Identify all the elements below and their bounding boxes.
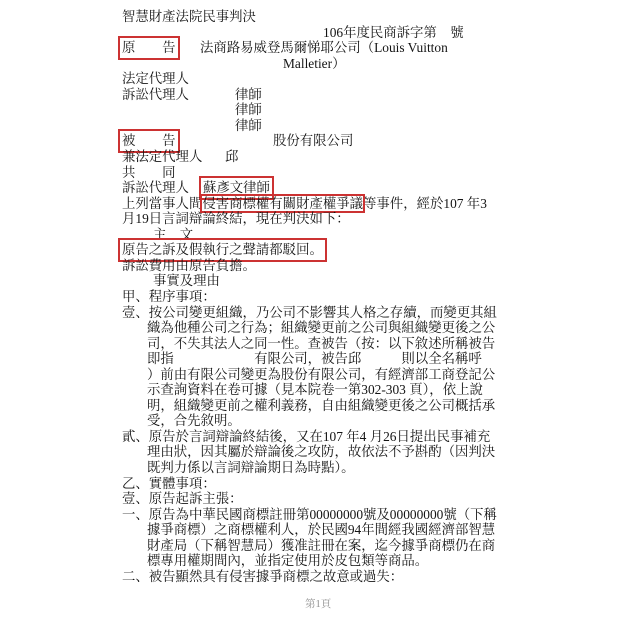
preamble-row-1: 上列當事人間侵害商標權有關財產權爭議等事件，經於107 年3 <box>0 196 620 212</box>
preamble-row-2: 月19日言詞辯論終結，現在判決如下： <box>0 211 620 227</box>
plaintiff-counsel-row-3: 律師 <box>0 118 620 134</box>
ruling-annotation: 原告之訴及假執行之聲請都駁回。 <box>122 242 323 258</box>
body-row: 甲、程序事項： <box>0 289 620 305</box>
defendant-rep-row: 兼法定代理人 邱 <box>0 149 620 165</box>
body-text: 壹、原告起訴主張： <box>122 491 243 507</box>
body-text: 明，組織變更前之權利義務，自由組織變更後之公司概括承 <box>147 398 495 414</box>
body-row: 明，組織變更前之權利義務，自由組織變更後之公司概括承 <box>0 398 620 414</box>
body-row: 財產局（下稱智慧局）獲准註冊在案，迄今據爭商標仍在商 <box>0 538 620 554</box>
page-footer-row: 第1頁 <box>0 597 620 613</box>
body-row: 示查詢資料在卷可據（見本院卷一第302-303 頁），依上說 <box>0 382 620 398</box>
defendant-counsel-name-annotation: 蘇彥文律師 <box>203 180 270 196</box>
case-type-annotation: 侵害商標權有關財產權爭議 <box>202 196 363 211</box>
plaintiff-name-continued: Malletier） <box>283 56 345 72</box>
defendant-counsel-label: 訴訟代理人 <box>122 180 189 196</box>
main-text-heading: 主 文 <box>153 227 193 243</box>
costs-row: 訴訟費用由原告負擔。 <box>0 258 620 274</box>
body-row: 即指 有限公司，被告邱 則以全名稱呼 <box>0 351 620 367</box>
defendant-name: 股份有限公司 <box>273 133 353 149</box>
body-text: 標專用權期間內，並指定使用於皮包類等商品。 <box>147 553 428 569</box>
body-row: 標專用權期間內，並指定使用於皮包類等商品。 <box>0 553 620 569</box>
document-page: 智慧財產法院民事判決 106年度民商訴字第 號 原 告 法商路易威登馬爾悌耶公司… <box>0 0 620 620</box>
body-row: 乙、實體事項： <box>0 476 620 492</box>
body-text: 既判力係以言詞辯論期日為時點）。 <box>147 460 355 476</box>
body-text: 受，合先敘明。 <box>147 413 241 429</box>
plaintiff-counsel-1: 律師 <box>235 87 262 103</box>
plaintiff-row: 原 告 法商路易威登馬爾悌耶公司（Louis Vuitton <box>0 40 620 56</box>
body-text: 據爭商標）之商標權利人，於民國94年間經我國經濟部智慧 <box>147 522 495 538</box>
plaintiff-counsel-label: 訴訟代理人 <box>122 87 189 103</box>
body-row: ）前由有限公司變更為股份有限公司，有經濟部工商登記公 <box>0 367 620 383</box>
body-text: 示查詢資料在卷可據（見本院卷一第302-303 頁），依上說 <box>147 382 483 398</box>
body-text: 一、原告為中華民國商標註冊第00000000號及00000000號（下稱 <box>122 507 497 523</box>
facts-heading: 事實及理由 <box>153 273 220 289</box>
body-row: 織為他種公司之行為；組織變更前之公司與組織變更後之公 <box>0 320 620 336</box>
body-row: 受，合先敘明。 <box>0 413 620 429</box>
body-text: 財產局（下稱智慧局）獲准註冊在案，迄今據爭商標仍在商 <box>147 538 495 554</box>
preamble-line-1: 上列當事人間侵害商標權有關財產權爭議等事件，經於107 年3 <box>122 196 487 212</box>
plaintiff-counsel-row: 訴訟代理人 律師 <box>0 87 620 103</box>
body-row: 貳、原告於言詞辯論終結後，又在107 年4 月26日提出民事補充 <box>0 429 620 445</box>
court-title: 智慧財產法院民事判決 <box>122 9 256 25</box>
plaintiff-counsel-row-2: 律師 <box>0 102 620 118</box>
defendant-rep-label: 兼法定代理人 <box>122 149 202 165</box>
joint-label: 共 同 <box>122 165 176 181</box>
preamble-post: 等事件，經於107 年3 <box>363 196 487 211</box>
body-row: 理由狀，因其屬於辯論後之攻防，故依法不予斟酌（因判決 <box>0 444 620 460</box>
joint-label-row: 共 同 <box>0 165 620 181</box>
case-number: 106年度民商訴字第 號 <box>323 25 464 41</box>
body-row: 既判力係以言詞辯論期日為時點）。 <box>0 460 620 476</box>
body-text: ）前由有限公司變更為股份有限公司，有經濟部工商登記公 <box>147 367 495 383</box>
body-text: 壹、按公司變更組織，乃公司不影響其人格之存續，而變更其組 <box>122 305 497 321</box>
costs-statement: 訴訟費用由原告負擔。 <box>122 258 256 274</box>
preamble-line-2: 月19日言詞辯論終結，現在判決如下： <box>122 211 350 227</box>
body-row: 壹、按公司變更組織，乃公司不影響其人格之存續，而變更其組 <box>0 305 620 321</box>
facts-heading-row: 事實及理由 <box>0 273 620 289</box>
body-text: 乙、實體事項： <box>122 476 216 492</box>
ruling-row: 原告之訴及假執行之聲請都駁回。 <box>0 242 620 258</box>
plaintiff-label-annotation: 原 告 <box>122 40 176 56</box>
body-text: 甲、程序事項： <box>122 289 216 305</box>
plaintiff-legal-rep-row: 法定代理人 <box>0 71 620 87</box>
plaintiff-counsel-3: 律師 <box>235 118 262 134</box>
defendant-row: 被 告 股份有限公司 <box>0 133 620 149</box>
body-text: 二、被告顯然具有侵害據爭商標之故意或過失： <box>122 569 403 585</box>
plaintiff-legal-rep-label: 法定代理人 <box>122 71 189 87</box>
plaintiff-name: 法商路易威登馬爾悌耶公司（Louis Vuitton <box>200 40 448 56</box>
court-title-row: 智慧財產法院民事判決 <box>0 9 620 25</box>
page-number: 第1頁 <box>305 597 331 613</box>
body-row: 壹、原告起訴主張： <box>0 491 620 507</box>
defendant-label-annotation: 被 告 <box>122 133 176 149</box>
plaintiff-name-cont-row: Malletier） <box>0 56 620 72</box>
body-row: 司，不失其法人之同一性。查被告（按：以下敘述所稱被告 <box>0 336 620 352</box>
body-text: 理由狀，因其屬於辯論後之攻防，故依法不予斟酌（因判決 <box>147 444 495 460</box>
defendant-rep-name: 邱 <box>225 149 238 165</box>
case-number-row: 106年度民商訴字第 號 <box>0 25 620 41</box>
body-text: 即指 有限公司，被告邱 則以全名稱呼 <box>147 351 482 367</box>
body-row: 據爭商標）之商標權利人，於民國94年間經我國經濟部智慧 <box>0 522 620 538</box>
body-text: 織為他種公司之行為；組織變更前之公司與組織變更後之公 <box>147 320 495 336</box>
main-text-heading-row: 主 文 <box>0 227 620 243</box>
body-row: 一、原告為中華民國商標註冊第00000000號及00000000號（下稱 <box>0 507 620 523</box>
plaintiff-counsel-2: 律師 <box>235 102 262 118</box>
defendant-counsel-row: 訴訟代理人 蘇彥文律師 <box>0 180 620 196</box>
body-text: 貳、原告於言詞辯論終結後，又在107 年4 月26日提出民事補充 <box>122 429 490 445</box>
body-text: 司，不失其法人之同一性。查被告（按：以下敘述所稱被告 <box>147 336 495 352</box>
body-row: 二、被告顯然具有侵害據爭商標之故意或過失： <box>0 569 620 585</box>
preamble-pre: 上列當事人間 <box>122 196 202 211</box>
